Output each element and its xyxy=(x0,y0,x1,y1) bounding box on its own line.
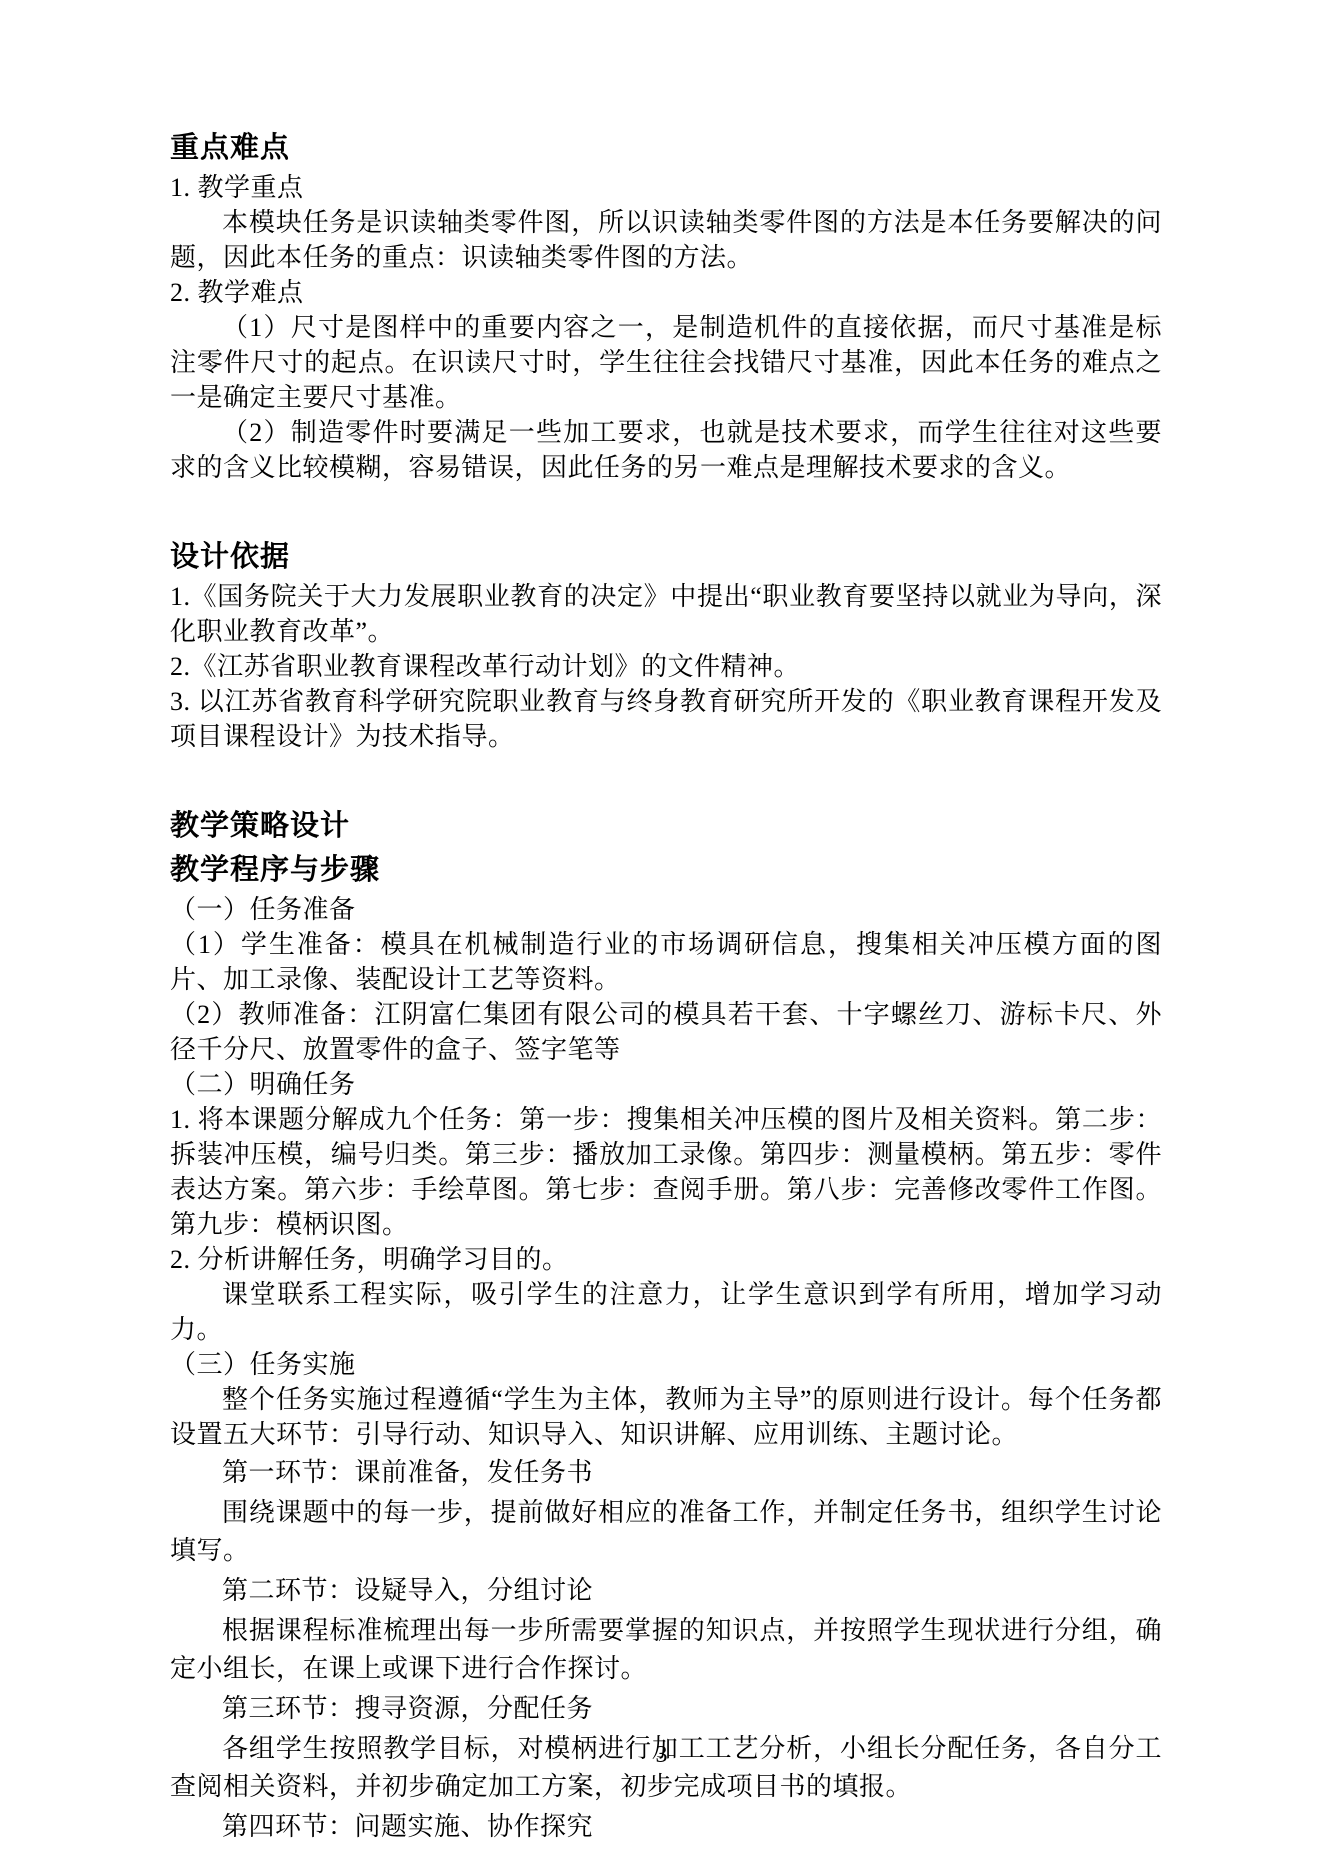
paragraph: 3. 以江苏省教育科学研究院职业教育与终身教育研究所开发的《职业教育课程开发及项… xyxy=(170,684,1162,754)
document-page: 重点难点 1. 教学重点 本模块任务是识读轴类零件图，所以识读轴类零件图的方法是… xyxy=(0,0,1323,1871)
paragraph: 本模块任务是识读轴类零件图，所以识读轴类零件图的方法是本任务要解决的问题，因此本… xyxy=(170,205,1162,275)
paragraph: 1.《国务院关于大力发展职业教育的决定》中提出“职业教育要坚持以就业为导向，深化… xyxy=(170,579,1162,649)
paragraph: 第二环节：设疑导入，分组讨论 xyxy=(170,1572,1162,1610)
paragraph: 2. 教学难点 xyxy=(170,275,1162,310)
paragraph: 整个任务实施过程遵循“学生为主体，教师为主导”的原则进行设计。每个任务都设置五大… xyxy=(170,1382,1162,1452)
paragraph: （1）学生准备：模具在机械制造行业的市场调研信息，搜集相关冲压模方面的图片、加工… xyxy=(170,927,1162,997)
paragraph: （2）制造零件时要满足一些加工要求，也就是技术要求，而学生往往对这些要求的含义比… xyxy=(170,415,1162,485)
section-heading-design-basis: 设计依据 xyxy=(170,535,1162,579)
paragraph: （三）任务实施 xyxy=(170,1347,1162,1382)
section-heading-teaching-strategy: 教学策略设计 xyxy=(170,804,1162,848)
paragraph: 第三环节：搜寻资源，分配任务 xyxy=(170,1690,1162,1728)
paragraph: （1）尺寸是图样中的重要内容之一，是制造机件的直接依据，而尺寸基准是标注零件尺寸… xyxy=(170,310,1162,415)
paragraph: 1. 教学重点 xyxy=(170,170,1162,205)
paragraph: （2）教师准备：江阴富仁集团有限公司的模具若干套、十字螺丝刀、游标卡尺、外径千分… xyxy=(170,997,1162,1067)
section-heading-key-points: 重点难点 xyxy=(170,126,1162,170)
paragraph: 第四环节：问题实施、协作探究 xyxy=(170,1808,1162,1846)
paragraph: 2. 分析讲解任务，明确学习目的。 xyxy=(170,1242,1162,1277)
paragraph: 课堂联系工程实际，吸引学生的注意力，让学生意识到学有所用，增加学习动力。 xyxy=(170,1277,1162,1347)
document-body: 重点难点 1. 教学重点 本模块任务是识读轴类零件图，所以识读轴类零件图的方法是… xyxy=(170,126,1162,1848)
paragraph: （二）明确任务 xyxy=(170,1067,1162,1102)
page-number: 3 xyxy=(0,1741,1323,1769)
paragraph: 围绕课题中的每一步，提前做好相应的准备工作，并制定任务书，组织学生讨论填写。 xyxy=(170,1494,1162,1570)
section-subheading-procedure-steps: 教学程序与步骤 xyxy=(170,848,1162,892)
paragraph: （一）任务准备 xyxy=(170,892,1162,927)
paragraph: 根据课程标准梳理出每一步所需要掌握的知识点，并按照学生现状进行分组，确定小组长，… xyxy=(170,1612,1162,1688)
paragraph: 第一环节：课前准备，发任务书 xyxy=(170,1454,1162,1492)
paragraph: 2.《江苏省职业教育课程改革行动计划》的文件精神。 xyxy=(170,649,1162,684)
paragraph: 1. 将本课题分解成九个任务：第一步：搜集相关冲压模的图片及相关资料。第二步：拆… xyxy=(170,1102,1162,1242)
